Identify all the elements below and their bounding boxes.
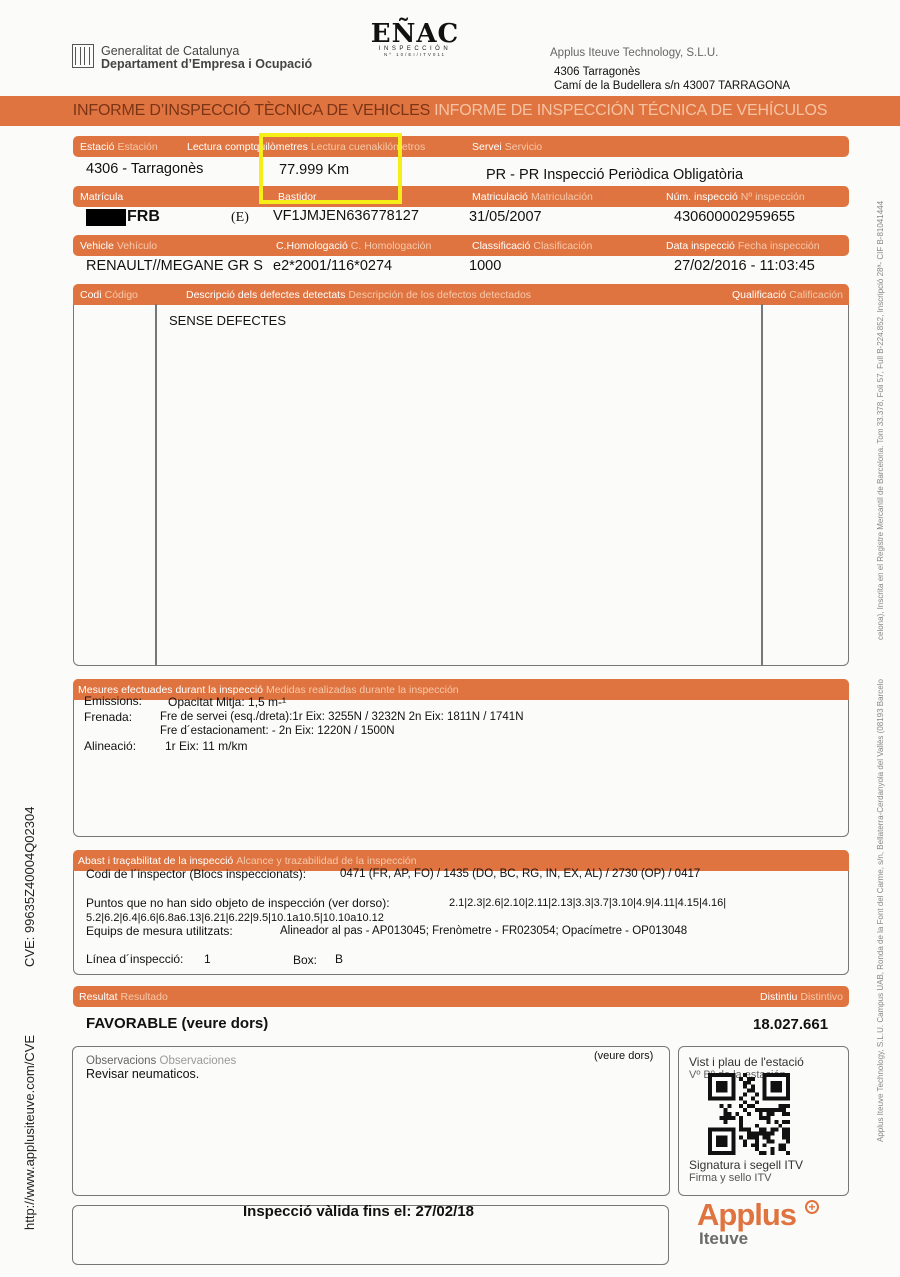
label-clasificacion: Clasificación	[533, 240, 592, 252]
label-homologacio: C.Homologació	[276, 240, 348, 252]
label-servei: Servei	[472, 141, 502, 153]
homologation-value: e2*2001/116*0274	[273, 258, 392, 274]
title-ca: INFORME D’INSPECCIÓ TÈCNICA DE VEHICLES	[73, 102, 430, 120]
stamp-line1: Vist i plau de l'estació	[689, 1055, 804, 1069]
service-value: PR - PR Inspecció Periòdica Obligatòria	[486, 167, 743, 183]
gov-line1: Generalitat de Catalunya	[101, 44, 239, 58]
signature-es: Firma y sello ITV	[689, 1172, 772, 1184]
line-label: Línea d´inspecció:	[86, 952, 183, 966]
station-line: 4306 Tarragonès	[554, 66, 640, 78]
emissions-label: Emissions:	[84, 694, 142, 708]
label-matricula: Matrícula	[80, 191, 123, 203]
qr-code-icon[interactable]	[706, 1073, 792, 1155]
label-observacions: Observacions	[86, 1055, 156, 1067]
column-divider	[761, 304, 763, 666]
defects-header: CodiCódigo Descripció dels defectes dete…	[73, 284, 849, 305]
points-value-2: 5.2|6.2|6.4|6.6|6.8a6.13|6.21|6.22|9.5|1…	[86, 912, 384, 924]
label-calificacion: Calificación	[789, 289, 843, 301]
label-medidas: Medidas realizadas durante la inspección	[266, 684, 459, 696]
label-num-inspeccio: Núm. inspecció	[666, 191, 738, 203]
equipment-label: Equips de mesura utilitzats:	[86, 924, 233, 938]
company-name: Applus Iteuve Technology, S.L.U.	[550, 47, 718, 59]
legal-text-top: celona), Inscrita en el Registre Mercant…	[876, 201, 885, 640]
odometer-highlight	[259, 133, 402, 204]
row2-header: Matrícula Bastidor MatriculacióMatricula…	[73, 186, 849, 207]
signature-ca: Signatura i segell ITV	[689, 1158, 803, 1172]
label-num-inspeccion: Nº inspección	[741, 191, 805, 203]
box-value: B	[335, 952, 343, 966]
box-label: Box:	[293, 953, 317, 967]
row1-header: EstacióEstación Lectura comptquilòmetres…	[73, 136, 849, 157]
legal-text-bottom: Applus Iteuve Technology, S.L.U. Campus …	[876, 679, 885, 1142]
alignment-value: 1r Eix: 11 m/km	[165, 739, 247, 753]
inspector-value: 0471 (FR, AP, FO) / 1435 (DO, BC, RG, IN…	[340, 868, 700, 880]
label-descripcio: Descripció dels defectes detectats	[186, 289, 345, 301]
label-alcance: Alcance y trazabilidad de la inspección	[236, 855, 416, 867]
braking-service-value: Fre de servei (esq./dreta):1r Eix: 3255N…	[160, 711, 524, 723]
column-divider	[155, 304, 157, 666]
inspection-date: 27/02/2016 - 11:03:45	[674, 258, 815, 274]
cve-url[interactable]: http://www.applusiteuve.com/CVE	[22, 1035, 37, 1230]
vin-value: VF1JMJEN636778127	[273, 208, 419, 224]
label-estacio: Estació	[80, 141, 114, 153]
validity-text: Inspecció vàlida fins el: 27/02/18	[243, 1203, 474, 1220]
result-header: ResultatResultado DistintiuDistintivo	[73, 986, 849, 1007]
defect-description: SENSE DEFECTES	[169, 313, 286, 328]
label-data-inspeccio: Data inspecció	[666, 240, 735, 252]
label-resultat: Resultat	[79, 991, 118, 1003]
label-classificacio: Classificació	[472, 240, 530, 252]
label-distintiu: Distintiu	[760, 991, 797, 1003]
cve-code: CVE: 99635Z40004Q02304	[22, 807, 37, 967]
label-descripcion: Descripción de los defectos detectados	[348, 289, 531, 301]
label-matriculacion: Matriculación	[531, 191, 593, 203]
defects-table	[73, 284, 849, 666]
title-es: INFORME DE INSPECCIÓN TÉCNICA DE VEHÍCUL…	[434, 102, 827, 120]
see-back-note: (veure dors)	[594, 1050, 653, 1062]
row3-header: VehicleVehículo C.HomologacióC. Homologa…	[73, 235, 849, 256]
line-value: 1	[204, 952, 211, 966]
enac-wordmark: EÑAC	[370, 22, 460, 46]
label-fecha-inspeccion: Fecha inspección	[738, 240, 820, 252]
label-matriculacio: Matriculació	[472, 191, 528, 203]
applus-wordmark: Applus	[697, 1200, 796, 1230]
observation-text: Revisar neumaticos.	[86, 1067, 199, 1081]
document-title: INFORME D’INSPECCIÓ TÈCNICA DE VEHICLES …	[0, 96, 900, 126]
vehicle-value: RENAULT//MEGANE GR S	[86, 258, 272, 274]
applus-logo: Applus + Iteuve	[697, 1200, 796, 1248]
registration-date: 31/05/2007	[469, 209, 542, 225]
label-vehicle: Vehicle	[80, 240, 114, 252]
enac-logo: EÑAC INSPECCIÓN Nº 10/EI/ITV011	[370, 22, 460, 57]
label-codi: Codi	[80, 289, 102, 301]
emissions-value: Opacitat Mitja: 1,5 m-¹	[168, 695, 286, 709]
classification-value: 1000	[469, 258, 501, 274]
label-codigo: Código	[105, 289, 138, 301]
label-abast: Abast i traçabilitat de la inspecció	[78, 855, 233, 867]
points-value-1: 2.1|2.3|2.6|2.10|2.11|2.13|3.3|3.7|3.10|…	[449, 897, 726, 909]
generalitat-logo-icon	[72, 44, 94, 68]
label-resultado: Resultado	[121, 991, 168, 1003]
badge-number: 18.027.661	[753, 1016, 828, 1033]
braking-parking-value: Fre d´estacionament: - 2n Eix: 1220N / 1…	[160, 725, 395, 737]
inspection-number: 430600002959655	[674, 209, 795, 225]
label-vehiculo: Vehículo	[117, 240, 157, 252]
address-line: Camí de la Budellera s/n 43007 TARRAGONA	[554, 80, 790, 92]
label-homologacion: C. Homologación	[351, 240, 432, 252]
result-value: FAVORABLE (veure dors)	[86, 1015, 268, 1032]
station-value: 4306 - Tarragonès	[86, 161, 203, 177]
iteuve-wordmark: Iteuve	[699, 1230, 796, 1248]
label-distintivo: Distintivo	[800, 991, 843, 1003]
equipment-value: Alineador al pas - AP013045; Frenòmetre …	[280, 925, 687, 937]
plus-circle-icon: +	[805, 1200, 819, 1214]
redacted-plate-box	[86, 209, 126, 226]
plate-value: FRB	[127, 208, 160, 226]
label-lectura-ca: Lectura compt	[187, 141, 254, 153]
label-estacion: Estación	[117, 141, 157, 153]
points-label: Puntos que no han sido objeto de inspecc…	[86, 896, 390, 910]
label-observaciones: Observaciones	[160, 1055, 237, 1067]
braking-label: Frenada:	[84, 710, 132, 724]
alignment-label: Alineació:	[84, 739, 136, 753]
enac-number: Nº 10/EI/ITV011	[370, 52, 460, 57]
inspector-label: Codi de l´inspector (Blocs inspeccionats…	[86, 867, 306, 881]
label-servicio: Servicio	[505, 141, 542, 153]
gov-line2: Departament d’Empresa i Ocupació	[101, 57, 312, 71]
country-code: (E)	[231, 210, 249, 226]
label-qualificacio: Qualificació	[732, 289, 786, 301]
